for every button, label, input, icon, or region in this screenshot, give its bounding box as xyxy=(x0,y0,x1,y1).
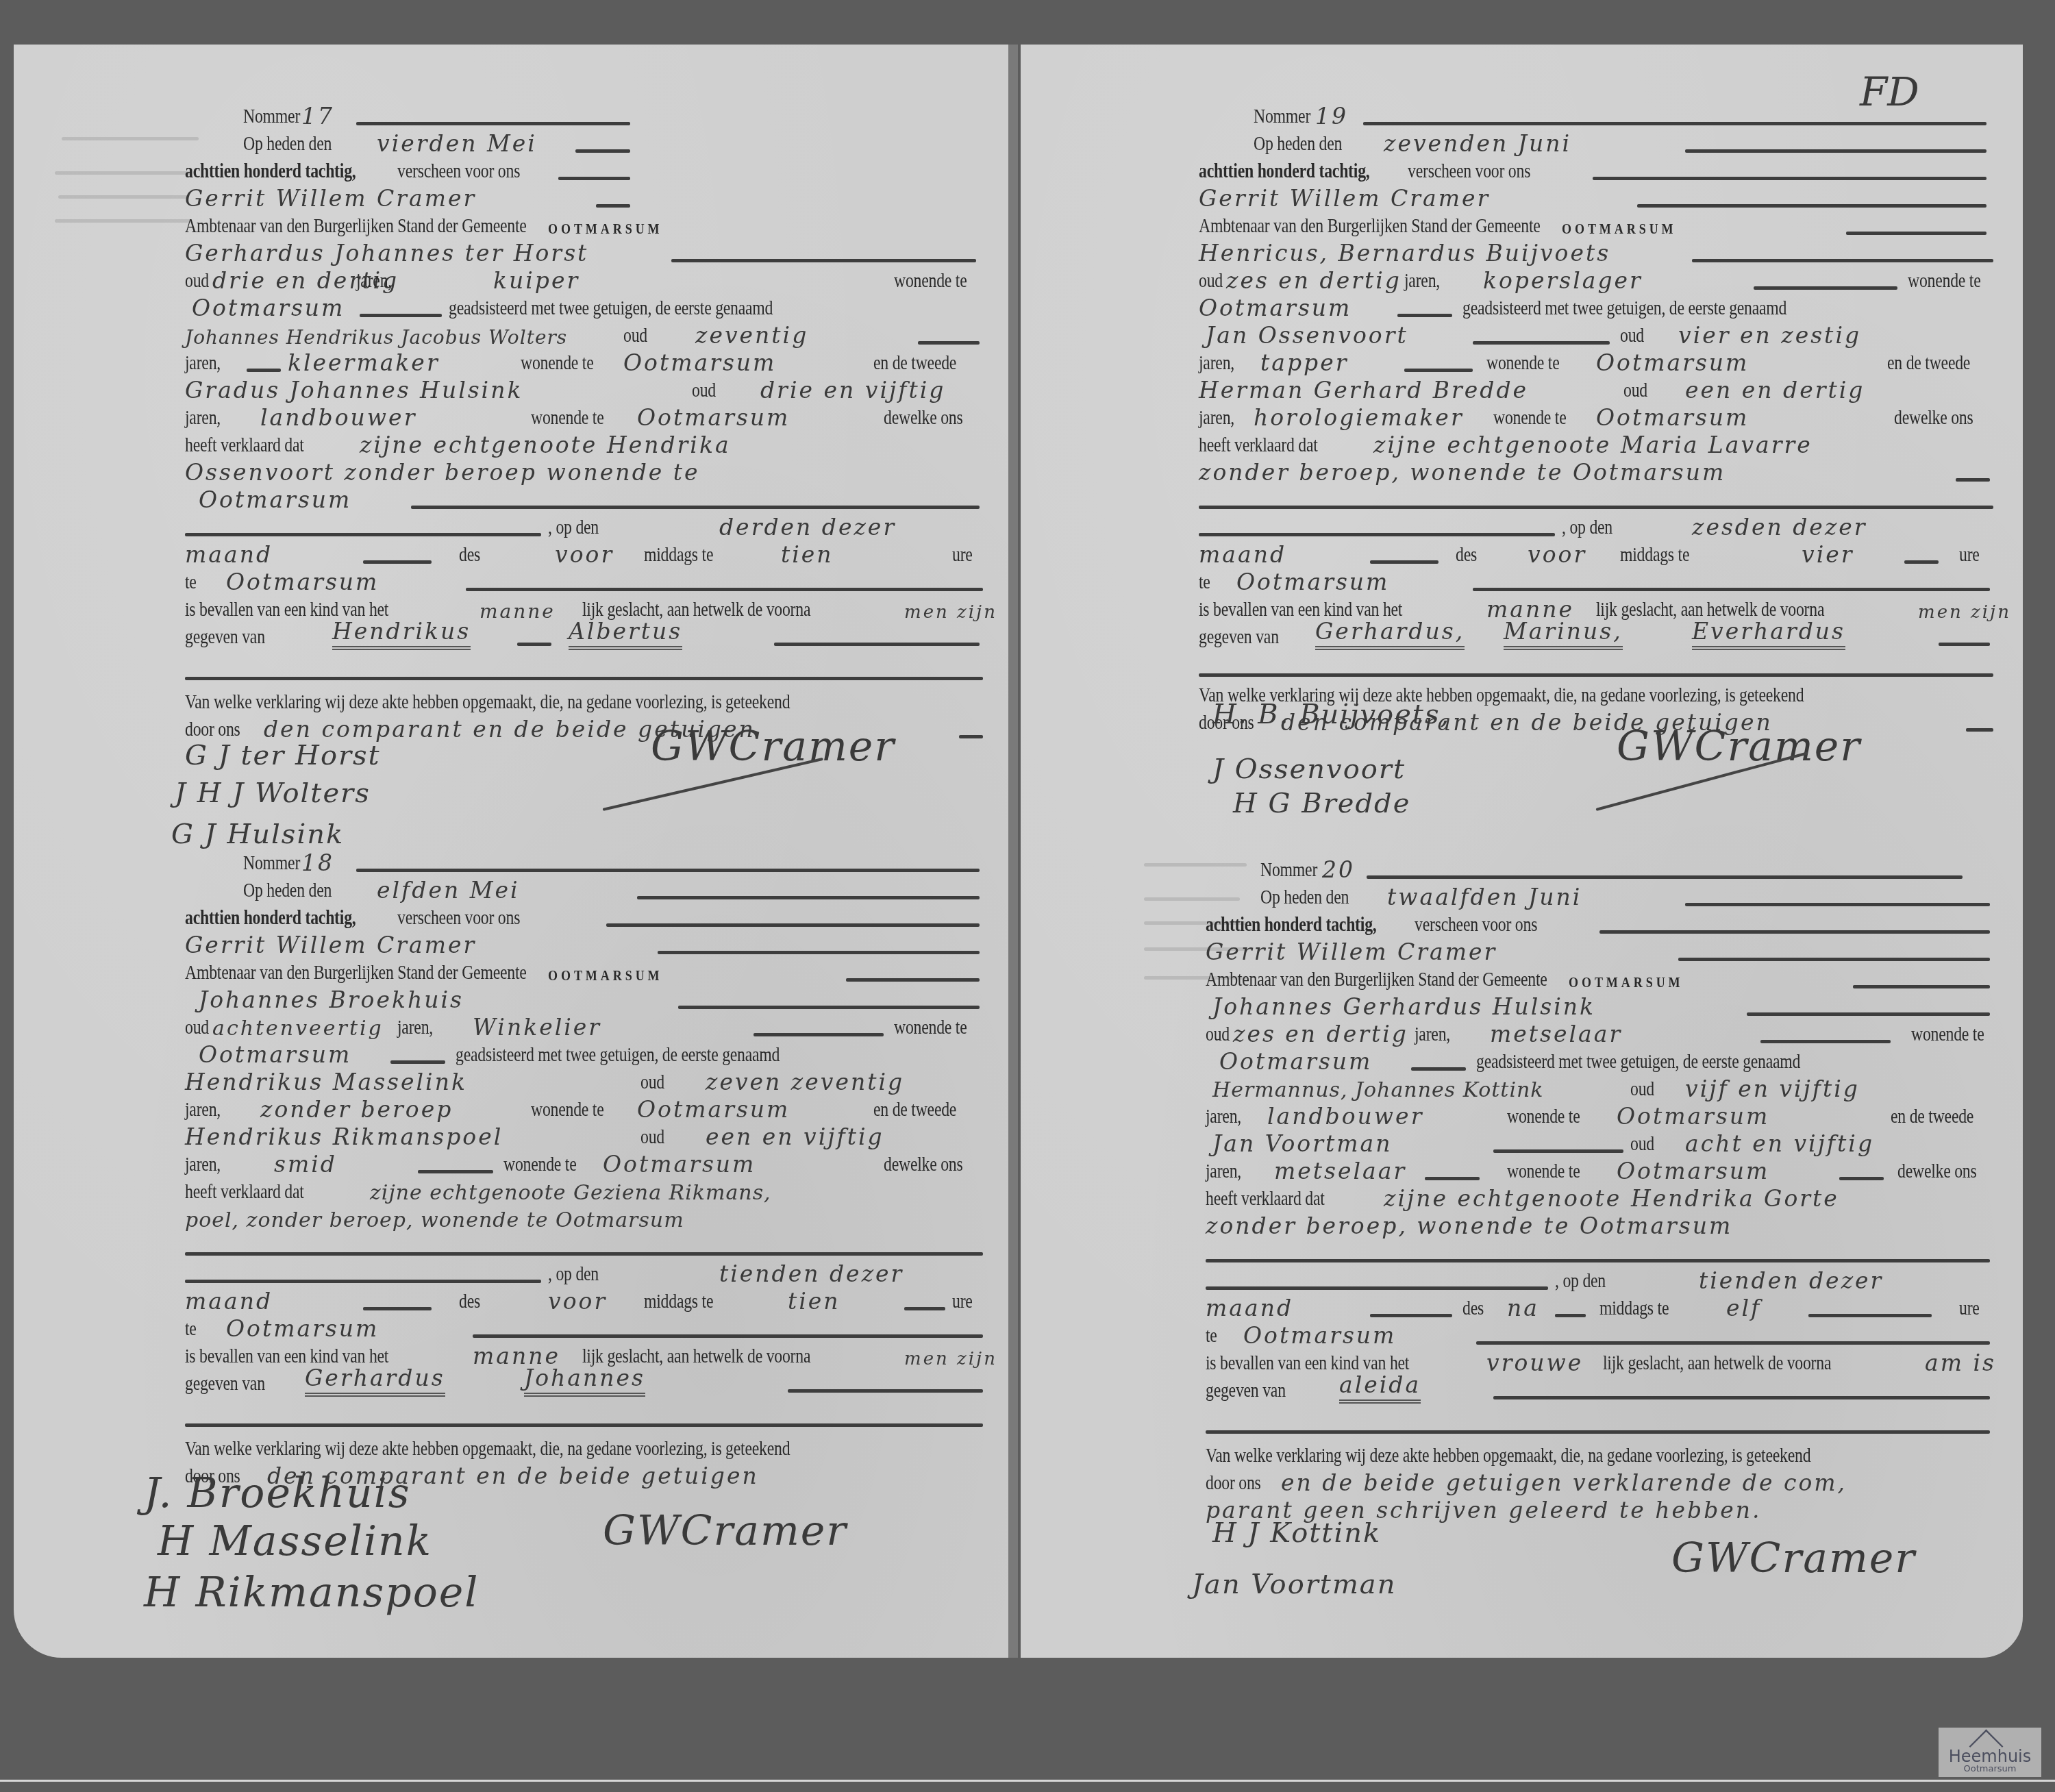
label-wonende-te: wonende te xyxy=(1507,1106,1580,1128)
fill-rule xyxy=(473,1334,983,1338)
fill-rule xyxy=(356,869,980,872)
label-geadsisteerd: geadsisteerd met twee getuigen, de eerst… xyxy=(1462,297,1786,320)
label-op-heden: Op heden den xyxy=(1260,886,1349,909)
label-geadsisteerd: geadsisteerd met twee getuigen, de eerst… xyxy=(456,1044,780,1067)
label-verscheen: verscheen voor ons xyxy=(1415,914,1537,936)
declarant-residence: Ootmarsum xyxy=(199,1041,351,1068)
record-number: 20 xyxy=(1322,856,1355,883)
show-through-line xyxy=(55,219,192,223)
fill-rule xyxy=(1939,643,1990,646)
signature-witness-2: H G Bredde xyxy=(1233,788,1410,819)
child-name-1: Hendrikus xyxy=(332,618,471,650)
label-heeft-verklaard: heeft verklaard dat xyxy=(185,1181,304,1204)
label-van-welke: Van welke verklaring wij deze akte hebbe… xyxy=(185,1438,790,1460)
label-door-ons: door ons xyxy=(1206,1472,1261,1495)
birth-hour: vier xyxy=(1802,541,1854,568)
statement-line-2: poel, zonder beroep, wonende te Ootmarsu… xyxy=(185,1208,684,1232)
fill-rule xyxy=(466,588,983,591)
label-en-de-tweede: en de tweede xyxy=(1887,352,1970,375)
label-te: te xyxy=(185,571,197,594)
label-wonende-te: wonende te xyxy=(531,1099,603,1121)
declarant-residence: Ootmarsum xyxy=(192,295,345,321)
voornamen-suffix: am is xyxy=(1925,1349,1996,1376)
fill-rule xyxy=(1754,286,1897,290)
label-ambtenaar: Ambtenaar van den Burgerlijken Stand der… xyxy=(185,962,527,984)
statement-line-3: Ootmarsum xyxy=(199,486,351,513)
label-ure: ure xyxy=(952,544,973,567)
label-jaren: jaren, xyxy=(1206,1106,1241,1128)
fill-rule xyxy=(517,643,551,646)
label-gegeven-van: gegeven van xyxy=(1199,626,1279,649)
label-op-heden: Op heden den xyxy=(243,880,332,902)
fill-rule xyxy=(1637,204,1987,208)
statement-line-1: zijne echtgenoote Hendrika xyxy=(360,432,731,458)
fill-rule xyxy=(596,204,630,208)
fill-rule xyxy=(671,259,976,262)
fill-rule xyxy=(904,1307,945,1310)
birth-month: maand xyxy=(1206,1295,1293,1321)
label-oud: oud xyxy=(1630,1078,1654,1101)
label-oud: oud xyxy=(640,1071,664,1094)
fill-rule xyxy=(788,1389,983,1393)
witness2-age: drie en vijftig xyxy=(760,377,945,403)
label-en-de-tweede: en de tweede xyxy=(873,352,956,375)
signature-official: GWCramer xyxy=(603,1507,847,1555)
birth-record-18: Nommer 18 Op heden den elfden Mei achtti… xyxy=(185,849,983,1534)
label-ambtenaar: Ambtenaar van den Burgerlijken Stand der… xyxy=(185,215,527,238)
fill-rule xyxy=(247,369,281,372)
label-wonende-te: wonende te xyxy=(1493,407,1566,430)
fill-rule xyxy=(356,122,630,125)
fill-rule xyxy=(1367,875,1963,879)
witness1-name: Hendrikus Masselink xyxy=(185,1069,467,1095)
label-dewelke-ons: dewelke ons xyxy=(884,407,963,430)
label-en-de-tweede: en de tweede xyxy=(873,1099,956,1121)
birth-month: maand xyxy=(185,541,273,568)
fill-rule xyxy=(1846,232,1987,235)
label-wonende-te: wonende te xyxy=(1911,1023,1984,1046)
record-number: 18 xyxy=(301,849,334,876)
fill-rule xyxy=(1473,588,1990,591)
birth-place: Ootmarsum xyxy=(1236,569,1389,595)
label-gegeven-van: gegeven van xyxy=(1206,1380,1286,1402)
child-name-1: Gerhardus xyxy=(305,1365,445,1397)
signed-by: en de beide getuigen verklarende de com, xyxy=(1281,1469,1847,1496)
signature-witness-2: H Rikmanspoel xyxy=(144,1569,479,1617)
fill-rule xyxy=(1692,259,1993,262)
record-date: elfden Mei xyxy=(377,877,520,904)
label-oud: oud xyxy=(623,325,647,347)
label-te: te xyxy=(185,1318,197,1341)
declarant-name: Gerhardus Johannes ter Horst xyxy=(185,240,588,266)
birth-ampm: voor xyxy=(548,1288,607,1315)
statement-line-2: zonder beroep, wonende te Ootmarsum xyxy=(1199,459,1726,486)
label-des: des xyxy=(1462,1297,1484,1320)
label-oud: oud xyxy=(1620,325,1644,347)
record-number: 17 xyxy=(301,103,334,129)
fill-rule xyxy=(1476,1341,1990,1345)
fill-rule xyxy=(1397,314,1452,317)
fill-rule xyxy=(1425,1177,1480,1180)
label-oud: oud xyxy=(185,1017,209,1039)
label-op-den: , op den xyxy=(548,517,599,539)
birth-ampm: na xyxy=(1507,1295,1539,1321)
fill-rule xyxy=(1678,958,1990,961)
fill-rule xyxy=(918,341,980,345)
label-wonende-te: wonende te xyxy=(1507,1160,1580,1183)
label-jaren: jaren, xyxy=(1206,1160,1241,1183)
label-year: achttien honderd tachtig, xyxy=(185,907,356,930)
birth-hour: tien xyxy=(781,541,834,568)
birth-place: Ootmarsum xyxy=(226,1315,379,1342)
signature-official: GWCramer xyxy=(651,723,895,771)
signature-witness-1: H J Kottink xyxy=(1212,1517,1381,1549)
label-oud: oud xyxy=(1623,379,1647,402)
declarant-age: zes en dertig xyxy=(1226,267,1402,294)
label-gegeven-van: gegeven van xyxy=(185,1373,265,1395)
birth-place: Ootmarsum xyxy=(1243,1322,1396,1349)
fill-rule xyxy=(658,951,980,954)
label-jaren: jaren, xyxy=(356,270,392,293)
witness1-residence: Ootmarsum xyxy=(1596,349,1749,376)
statement-line-1: zijne echtgenoote Hendrika Gorte xyxy=(1384,1185,1839,1212)
label-middags-te: middags te xyxy=(1599,1297,1669,1320)
label-op-den: , op den xyxy=(1555,1270,1606,1293)
fill-rule xyxy=(678,1006,980,1009)
birth-record-17: Nommer 17 Op heden den vierden Mei achtt… xyxy=(185,103,983,822)
fill-rule xyxy=(1493,1396,1990,1399)
label-heeft-verklaard: heeft verklaard dat xyxy=(1206,1188,1325,1210)
fill-rule xyxy=(1206,1430,1990,1434)
birth-hour: elf xyxy=(1726,1295,1761,1321)
label-ure: ure xyxy=(952,1291,973,1313)
statement-line-2: zonder beroep, wonende te Ootmarsum xyxy=(1206,1212,1732,1239)
statement-line-2: Ossenvoort zonder beroep wonende te xyxy=(185,459,700,486)
fill-rule xyxy=(1206,1259,1990,1262)
fill-rule xyxy=(185,1252,983,1256)
fill-rule xyxy=(959,735,983,738)
fill-rule xyxy=(1685,903,1990,906)
fill-rule xyxy=(1199,506,1993,509)
label-dewelke-ons: dewelke ons xyxy=(1897,1160,1977,1183)
fill-rule xyxy=(846,978,980,982)
witness2-name: Hendrikus Rikmanspoel xyxy=(185,1123,503,1150)
label-wonende-te: wonende te xyxy=(1908,270,1980,293)
record-number: 19 xyxy=(1315,103,1348,129)
fill-rule xyxy=(774,643,980,646)
label-wonende-te: wonende te xyxy=(1486,352,1559,375)
watermark-name: Heemhuis xyxy=(1939,1748,2041,1765)
witness1-name: Jan Ossenvoort xyxy=(1206,322,1408,349)
voornamen-suffix: men zijn xyxy=(904,602,997,623)
witness2-occupation: metselaar xyxy=(1274,1158,1406,1184)
fill-rule xyxy=(1685,149,1987,153)
declarant-occupation: kuiper xyxy=(493,267,580,294)
witness1-residence: Ootmarsum xyxy=(623,349,776,376)
label-op-den: , op den xyxy=(548,1263,599,1286)
fill-rule xyxy=(1956,478,1990,482)
fill-rule xyxy=(1411,1067,1466,1071)
witness1-occupation: landbouwer xyxy=(1267,1103,1423,1130)
child-sex: manne xyxy=(480,600,556,623)
label-oud: oud xyxy=(692,379,716,402)
fill-rule xyxy=(1199,673,1993,677)
municipality: OOTMARSUM xyxy=(548,967,663,984)
label-jaren: jaren, xyxy=(1415,1023,1450,1046)
declarant-age: zes en dertig xyxy=(1233,1021,1408,1047)
label-jaren: jaren, xyxy=(1199,407,1234,430)
label-wonende-te: wonende te xyxy=(894,270,967,293)
child-name-2: Albertus xyxy=(569,618,682,650)
witness2-residence: Ootmarsum xyxy=(603,1151,756,1178)
fill-rule xyxy=(360,314,442,317)
label-wonende-te: wonende te xyxy=(503,1154,576,1176)
label-verscheen: verscheen voor ons xyxy=(1408,160,1530,183)
birth-day: tienden dezer xyxy=(1699,1267,1883,1294)
witness2-occupation: landbouwer xyxy=(260,404,416,431)
record-date: vierden Mei xyxy=(377,130,537,157)
label-des: des xyxy=(459,544,480,567)
witness1-occupation: zonder beroep xyxy=(260,1096,453,1123)
fill-rule xyxy=(1473,341,1610,345)
label-middags-te: middags te xyxy=(644,1291,713,1313)
official-name: Gerrit Willem Cramer xyxy=(1199,185,1490,212)
label-ambtenaar: Ambtenaar van den Burgerlijken Stand der… xyxy=(1199,215,1541,238)
fill-rule xyxy=(185,1280,541,1283)
declarant-name: Johannes Gerhardus Hulsink xyxy=(1212,993,1595,1020)
witness2-name: Gradus Johannes Hulsink xyxy=(185,377,523,403)
label-nommer: Nommer xyxy=(1260,859,1317,882)
label-middags-te: middags te xyxy=(1620,544,1689,567)
label-jaren: jaren, xyxy=(185,1154,221,1176)
label-oud: oud xyxy=(1630,1133,1654,1156)
label-op-heden: Op heden den xyxy=(1254,133,1342,155)
witness1-age: zeven zeventig xyxy=(706,1069,904,1095)
municipality: OOTMARSUM xyxy=(1569,973,1684,991)
child-name-3: Everhardus xyxy=(1692,618,1845,650)
fill-rule xyxy=(418,1170,493,1173)
record-date: twaalfden Juni xyxy=(1387,884,1582,910)
label-des: des xyxy=(459,1291,480,1313)
label-nommer: Nommer xyxy=(1254,105,1310,128)
voornamen-suffix: men zijn xyxy=(904,1349,997,1369)
witness1-name: Johannes Hendrikus Jacobus Wolters xyxy=(185,326,567,349)
fill-rule xyxy=(606,923,980,927)
fill-rule xyxy=(1206,1286,1548,1290)
declarant-occupation: koperslager xyxy=(1483,267,1643,294)
fill-rule xyxy=(1966,728,1993,732)
signature-witness-1: J Ossenvoort xyxy=(1212,754,1406,785)
witness1-occupation: kleermaker xyxy=(288,349,440,376)
label-jaren: jaren, xyxy=(1404,270,1440,293)
declarant-residence: Ootmarsum xyxy=(1219,1048,1372,1075)
fill-rule xyxy=(1370,1314,1452,1317)
scanner-edge-line xyxy=(0,1780,2055,1782)
signature-declarant: J. Broekhuis xyxy=(144,1469,411,1517)
fill-rule xyxy=(1555,1314,1586,1317)
signature-declarant: H. B. Buijvoets, xyxy=(1212,699,1450,730)
label-wonende-te: wonende te xyxy=(531,407,603,430)
label-geslacht: lijk geslacht, aan hetwelk de voorna xyxy=(1603,1352,1831,1375)
label-ure: ure xyxy=(1959,544,1980,567)
municipality: OOTMARSUM xyxy=(548,220,663,238)
witness1-residence: Ootmarsum xyxy=(637,1096,790,1123)
declarant-name: Henricus, Bernardus Buijvoets xyxy=(1199,240,1610,266)
label-te: te xyxy=(1206,1325,1217,1347)
witness2-residence: Ootmarsum xyxy=(1596,404,1749,431)
show-through-line xyxy=(55,171,192,175)
label-geadsisteerd: geadsisteerd met twee getuigen, de eerst… xyxy=(1476,1051,1800,1073)
label-jaren: jaren, xyxy=(397,1017,433,1039)
child-name-2: Johannes xyxy=(524,1365,645,1397)
fill-rule xyxy=(575,149,630,153)
label-op-den: , op den xyxy=(1562,517,1612,539)
label-year: achttien honderd tachtig, xyxy=(185,160,356,183)
label-des: des xyxy=(1456,544,1477,567)
fill-rule xyxy=(390,1060,445,1064)
label-wonende-te: wonende te xyxy=(521,352,593,375)
fill-rule xyxy=(1853,985,1990,988)
witness1-age: vijf en vijftig xyxy=(1685,1075,1860,1102)
witness2-age: acht en vijftig xyxy=(1685,1130,1874,1157)
birth-record-20: Nommer 20 Op heden den twaalfden Juni ac… xyxy=(1206,856,1993,1541)
label-nommer: Nommer xyxy=(243,105,300,128)
fill-rule xyxy=(754,1033,884,1036)
witness2-residence: Ootmarsum xyxy=(1617,1158,1769,1184)
fill-rule xyxy=(558,177,630,180)
label-ure: ure xyxy=(1959,1297,1980,1320)
fill-rule xyxy=(363,1307,432,1310)
birth-ampm: voor xyxy=(1528,541,1586,568)
witness2-age: een en dertig xyxy=(1685,377,1865,403)
birth-day: tienden dezer xyxy=(719,1260,904,1287)
label-heeft-verklaard: heeft verklaard dat xyxy=(185,434,304,457)
record-date: zevenden Juni xyxy=(1384,130,1571,157)
fill-rule xyxy=(1599,930,1990,934)
label-oud: oud xyxy=(1206,1023,1230,1046)
label-door-ons: door ons xyxy=(185,719,240,741)
label-van-welke: Van welke verklaring wij deze akte hebbe… xyxy=(185,691,790,714)
fill-rule xyxy=(185,533,541,536)
witness2-residence: Ootmarsum xyxy=(637,404,790,431)
fill-rule xyxy=(1493,1149,1623,1153)
birth-day: derden dezer xyxy=(719,514,896,540)
show-through-line xyxy=(62,137,199,140)
witness1-name: Hermannus, Johannes Kottink xyxy=(1212,1078,1544,1102)
fill-rule xyxy=(1370,560,1438,564)
declarant-occupation: metselaar xyxy=(1490,1021,1622,1047)
label-verscheen: verscheen voor ons xyxy=(397,907,520,930)
fill-rule xyxy=(1199,533,1555,536)
label-te: te xyxy=(1199,571,1210,594)
label-van-welke: Van welke verklaring wij deze akte hebbe… xyxy=(1206,1445,1810,1467)
child-name-1: Gerhardus, xyxy=(1315,618,1465,650)
label-year: achttien honderd tachtig, xyxy=(1199,160,1369,183)
fill-rule xyxy=(1404,369,1473,372)
label-dewelke-ons: dewelke ons xyxy=(1894,407,1973,430)
label-jaren: jaren, xyxy=(1199,352,1234,375)
statement-line-1: zijne echtgenoote Geziena Rikmans, xyxy=(370,1181,771,1205)
municipality: OOTMARSUM xyxy=(1562,220,1677,238)
fill-rule xyxy=(1808,1314,1932,1317)
birth-place: Ootmarsum xyxy=(226,569,379,595)
statement-line-1: zijne echtgenoote Maria Lavarre xyxy=(1373,432,1813,458)
label-oud: oud xyxy=(640,1126,664,1149)
label-wonende-te: wonende te xyxy=(894,1017,967,1039)
official-name: Gerrit Willem Cramer xyxy=(185,932,476,958)
signature-witness-1: H Masselink xyxy=(158,1517,432,1565)
witness2-name: Jan Voortman xyxy=(1212,1130,1392,1157)
fill-rule xyxy=(1747,1012,1990,1016)
label-heeft-verklaard: heeft verklaard dat xyxy=(1199,434,1318,457)
fill-rule xyxy=(1760,1040,1891,1043)
voornamen-suffix: men zijn xyxy=(1918,602,2011,623)
label-jaren: jaren, xyxy=(185,352,221,375)
child-sex: vrouwe xyxy=(1486,1349,1583,1376)
child-name-1: aleida xyxy=(1339,1371,1421,1404)
fill-rule xyxy=(411,506,980,509)
birth-hour: tien xyxy=(788,1288,840,1315)
witness2-occupation: horologiemaker xyxy=(1254,404,1464,431)
signature-witness-1: J H J Wolters xyxy=(175,777,371,809)
birth-ampm: voor xyxy=(555,541,614,568)
label-year: achttien honderd tachtig, xyxy=(1206,914,1376,936)
declarant-name: Johannes Broekhuis xyxy=(199,986,464,1013)
label-en-de-tweede: en de tweede xyxy=(1891,1106,1973,1128)
label-verscheen: verscheen voor ons xyxy=(397,160,520,183)
child-name-2: Marinus, xyxy=(1504,618,1623,650)
fill-rule xyxy=(185,1423,983,1427)
label-op-heden: Op heden den xyxy=(243,133,332,155)
fill-rule xyxy=(1904,560,1939,564)
witness1-age: vier en zestig xyxy=(1678,322,1861,349)
fill-rule xyxy=(185,677,983,680)
label-gegeven-van: gegeven van xyxy=(185,626,265,649)
label-ambtenaar: Ambtenaar van den Burgerlijken Stand der… xyxy=(1206,969,1547,991)
fill-rule xyxy=(1593,177,1987,180)
witness2-name: Herman Gerhard Bredde xyxy=(1199,377,1528,403)
signature-official: GWCramer xyxy=(1671,1534,1916,1582)
declarant-residence: Ootmarsum xyxy=(1199,295,1352,321)
birth-month: maand xyxy=(185,1288,273,1315)
signature-official: GWCramer xyxy=(1617,723,1861,771)
signature-witness-2: Jan Voortman xyxy=(1192,1569,1396,1600)
watermark-subtitle: Ootmarsum xyxy=(1939,1765,2041,1774)
official-name: Gerrit Willem Cramer xyxy=(1206,938,1497,965)
declarant-occupation: Winkelier xyxy=(473,1014,601,1041)
fill-rule xyxy=(1363,122,1987,125)
label-oud: oud xyxy=(1199,270,1223,293)
label-nommer: Nommer xyxy=(243,852,300,875)
book-gutter xyxy=(1008,45,1018,1658)
declarant-age: achtenveertig xyxy=(212,1017,384,1041)
label-jaren: jaren, xyxy=(185,1099,221,1121)
witness2-age: een en vijftig xyxy=(706,1123,884,1150)
show-through-line xyxy=(58,195,188,199)
signature-witness-2: G J Hulsink xyxy=(171,819,344,850)
label-middags-te: middags te xyxy=(644,544,713,567)
witness1-occupation: tapper xyxy=(1260,349,1349,376)
label-geadsisteerd: geadsisteerd met twee getuigen, de eerst… xyxy=(449,297,773,320)
birth-day: zesden dezer xyxy=(1692,514,1867,540)
witness1-residence: Ootmarsum xyxy=(1617,1103,1769,1130)
label-dewelke-ons: dewelke ons xyxy=(884,1154,963,1176)
witness1-age: zeventig xyxy=(695,322,808,349)
fill-rule xyxy=(637,896,980,899)
fill-rule xyxy=(363,560,432,564)
official-name: Gerrit Willem Cramer xyxy=(185,185,476,212)
heemhuis-watermark: Heemhuis Ootmarsum xyxy=(1939,1728,2041,1777)
